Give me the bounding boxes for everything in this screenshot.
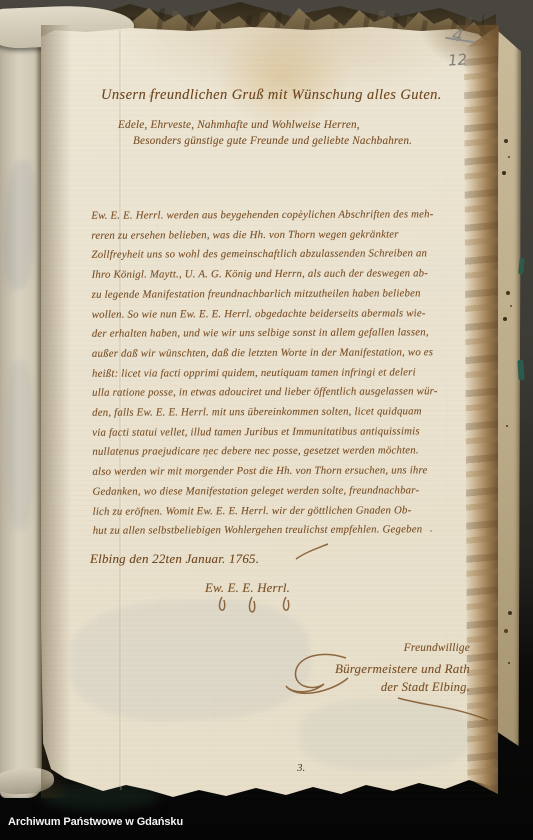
archival-scan-photo: 4 12 Unsern freundlichen Gruß mit Wünsch… xyxy=(0,0,533,840)
dateline-flourish xyxy=(294,542,330,562)
body-line: der erhalten haben, und wie wir uns selb… xyxy=(92,323,438,344)
facing-page-edge xyxy=(0,24,42,798)
body-line: via facti statui vellet, illud tamen Jur… xyxy=(92,422,438,443)
folio-number: 3. xyxy=(297,762,305,774)
gutter-shadow xyxy=(41,25,71,798)
pencil-number-new: 12 xyxy=(447,50,467,69)
closing-salutation: Ew. E. E. Herrl. xyxy=(205,581,290,596)
archive-watermark-caption: Archiwum Państwowe w Gdańsku xyxy=(8,816,183,828)
bookmark-ribbon-mark xyxy=(518,258,525,274)
body-line: Gedanken, wo diese Manifestation geleget… xyxy=(92,481,438,502)
body-line: wollen. So wie nun Ew. E. E. Herrl. obge… xyxy=(92,304,438,325)
body-line: Ew. E. E. Herrl. werden aus beygehenden … xyxy=(91,205,437,226)
address-line-1: Edele, Ehrveste, Nahmhafte und Wohlweise… xyxy=(118,119,360,131)
body-line: außer daß wir wünschten, daß die letzten… xyxy=(92,343,438,364)
body-line: also werden wir mit morgender Post die H… xyxy=(92,461,438,482)
body-line: Zollfreyheit uns so wohl des gemeinschaf… xyxy=(91,245,437,266)
body-line: reren zu ersehen belieben, was die Hh. v… xyxy=(91,225,437,246)
letter-heading: Unsern freundlichen Gruß mit Wünschung a… xyxy=(101,87,442,104)
signature-underline-flourish xyxy=(396,696,490,722)
signature-swash xyxy=(282,648,354,696)
body-line: ulla ratione posse, in etwas adouciret u… xyxy=(92,383,438,404)
body-line: heißt: licet via facti opprimi quidem, n… xyxy=(92,363,438,384)
address-line-2: Besonders günstige gute Freunde und geli… xyxy=(133,135,412,147)
body-line: den, falls Ew. E. E. Herrl. mit uns über… xyxy=(92,402,438,423)
body-line: Ihro Königl. Maytt., U. A. G. König und … xyxy=(92,264,438,285)
bookmark-ribbon-mark xyxy=(517,360,524,380)
body-line: zu legende Manifestation freundnachbarli… xyxy=(92,284,438,305)
body-line: hut zu allen selbstbeliebigen Wohlergehe… xyxy=(93,520,439,541)
letter-dateline: Elbing den 22ten Januar. 1765. xyxy=(90,551,259,567)
page-stack-edge xyxy=(497,30,521,746)
closing-descender-loops xyxy=(208,596,318,622)
body-line: nullatenus praejudicare nec debere nec p… xyxy=(92,442,438,463)
body-line: lich zu eröfnen. Womit Ew. E. E. Herrl. … xyxy=(93,501,439,522)
ink-specks xyxy=(0,0,2,2)
letter-body: Ew. E. E. Herrl. werden aus beygehenden … xyxy=(91,205,438,541)
